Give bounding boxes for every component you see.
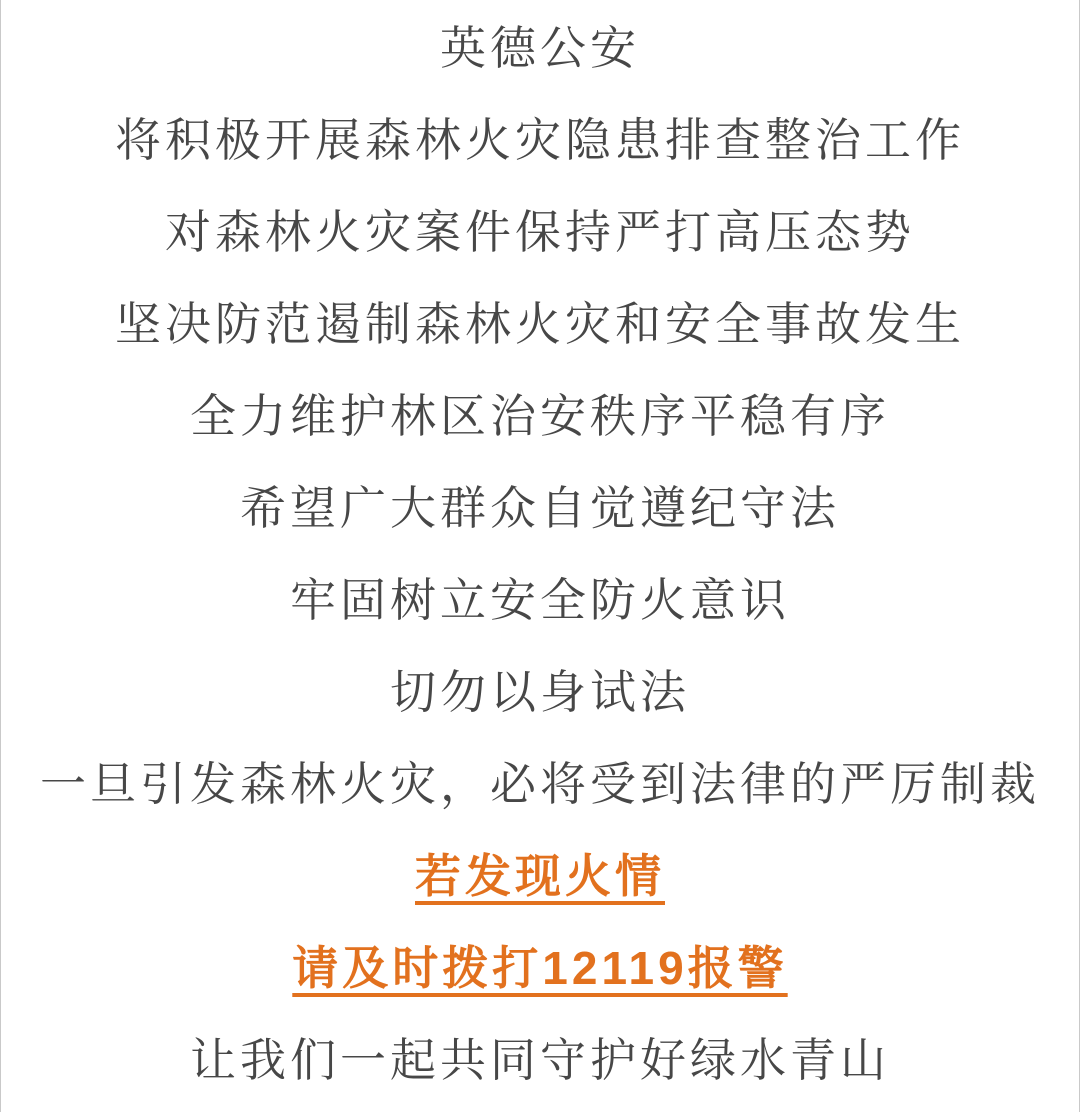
article-line-closing: 让我们一起共同守护好绿水青山 [1,1014,1079,1106]
article-line: 切勿以身试法 [1,646,1079,738]
article-page: 英德公安 将积极开展森林火灾隐患排查整治工作 对森林火灾案件保持严打高压态势 坚… [0,0,1080,1112]
article-line: 牢固树立安全防火意识 [1,554,1079,646]
article-line-police-unit: 英德公安 [1,2,1079,94]
article-line: 希望广大群众自觉遵纪守法 [1,462,1079,554]
article-line: 将积极开展森林火灾隐患排查整治工作 [1,94,1079,186]
article-line: 坚决防范遏制森林火灾和安全事故发生 [1,278,1079,370]
fire-alert-emphasis-link[interactable]: 若发现火情 [1,830,1079,922]
emergency-number-12119-link[interactable]: 请及时拨打12119报警 [1,922,1079,1014]
article-line: 一旦引发森林火灾，必将受到法律的严厉制裁 [1,738,1079,830]
article-body: 英德公安 将积极开展森林火灾隐患排查整治工作 对森林火灾案件保持严打高压态势 坚… [1,2,1079,1106]
article-line: 全力维护林区治安秩序平稳有序 [1,370,1079,462]
article-line: 对森林火灾案件保持严打高压态势 [1,186,1079,278]
